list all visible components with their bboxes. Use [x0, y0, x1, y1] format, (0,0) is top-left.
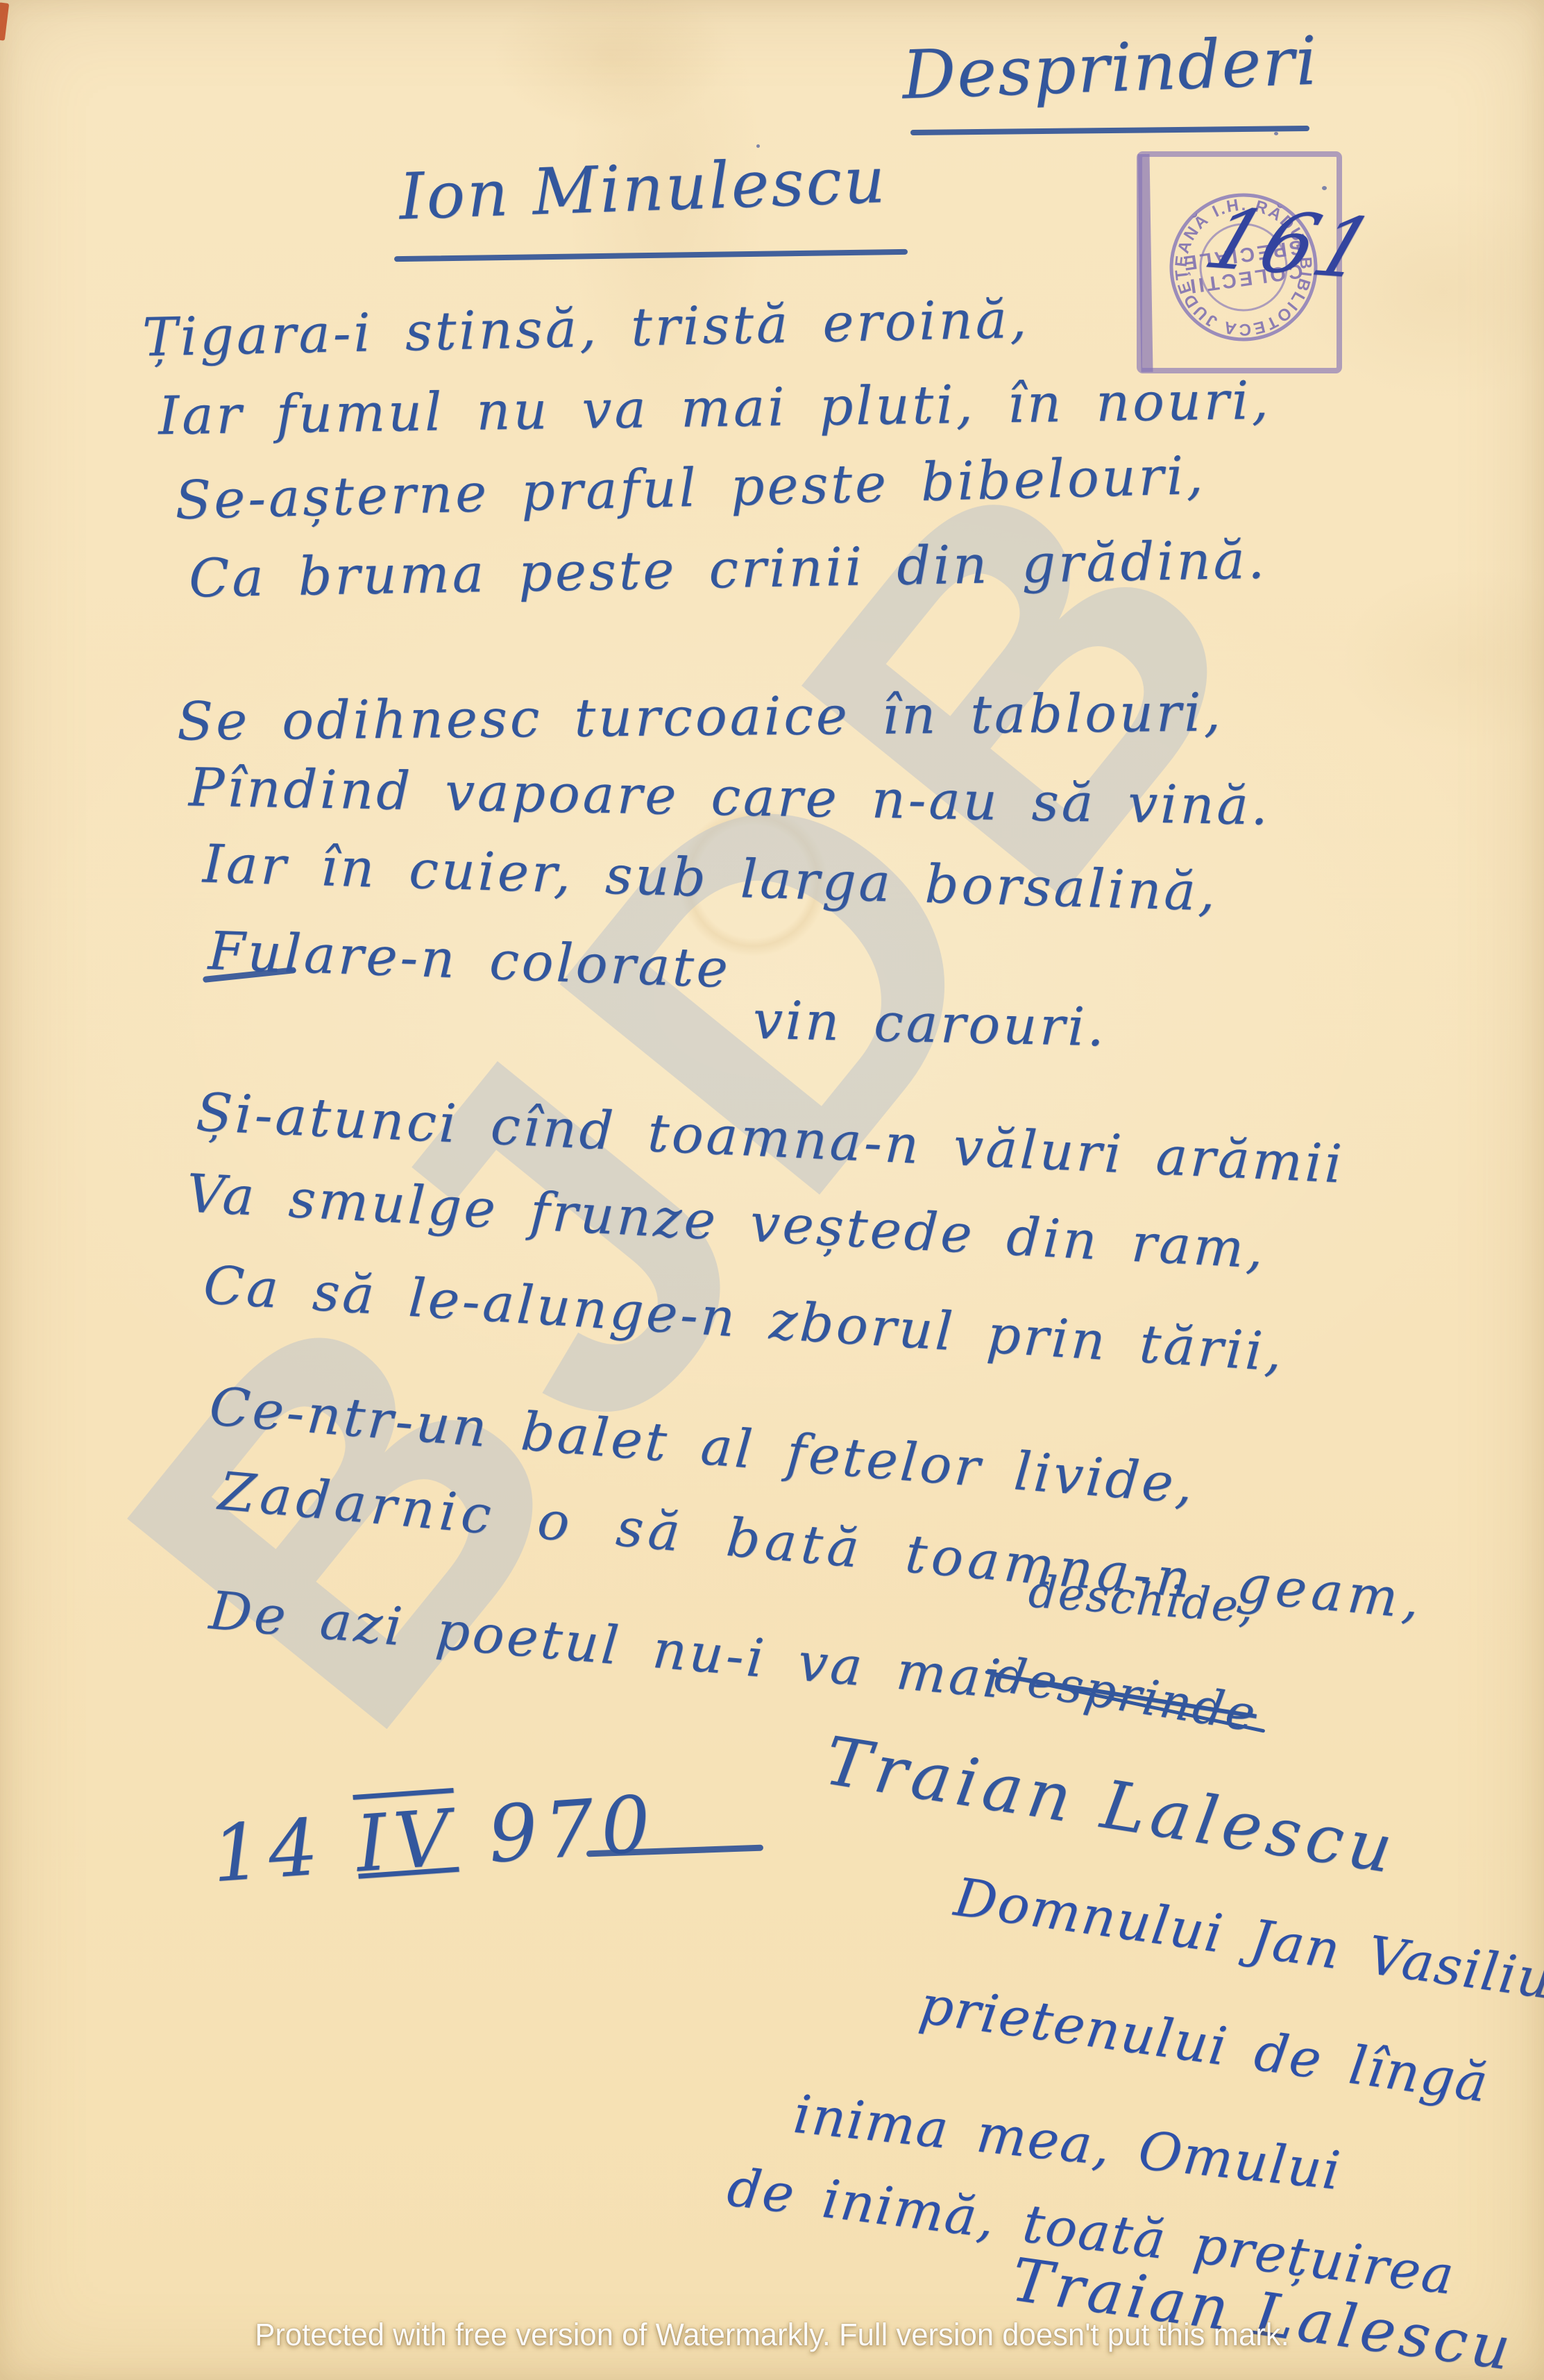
date-month-roman: IV — [353, 1793, 460, 1890]
poem-line: Se odihnesc turcoaice în tablouri, — [177, 681, 1223, 752]
date-year: 970 — [485, 1779, 660, 1881]
dedication-line: prietenului de lîngă — [916, 1973, 1493, 2114]
author-signature: Traian Lalescu — [820, 1722, 1402, 1889]
author-underline — [394, 249, 908, 262]
red-corner-mark — [0, 2, 9, 40]
manuscript-page: BJDB Desprinderi Ion Minulescu BIBLIOTEC… — [0, 0, 1544, 2380]
poem-title: Desprinderi — [901, 22, 1319, 115]
stamp-frame-smudge — [1144, 154, 1147, 372]
stamp-inventory-number: 161 — [1194, 190, 1389, 297]
poem-line-continuation: vin carouri. — [752, 989, 1108, 1058]
ink-speck — [1274, 132, 1278, 135]
struck-word: desprinde — [991, 1646, 1261, 1744]
date-day: 14 — [209, 1802, 328, 1900]
poem-line: Țigara-i stinsă, tristă eroină, — [142, 288, 1030, 369]
watermarkly-notice: Protected with free version of Watermark… — [23, 2317, 1520, 2353]
title-underline — [910, 126, 1309, 135]
poem-author: Ion Minulescu — [398, 143, 888, 234]
